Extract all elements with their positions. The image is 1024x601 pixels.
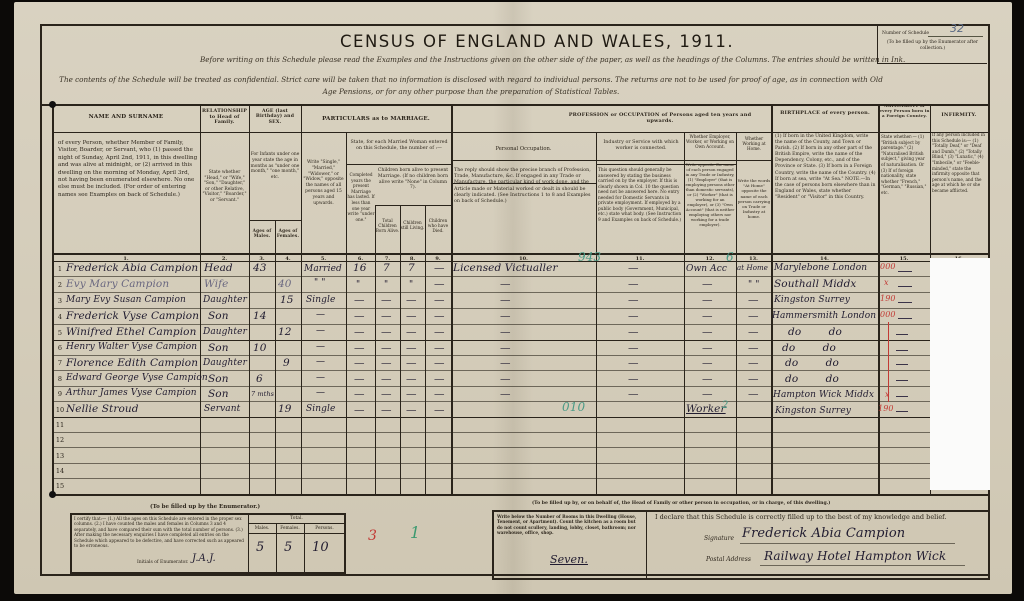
schedule-number-note: (To be filled up by the Enumerator after… [882,40,983,52]
total-label: Total. [248,516,345,522]
binding-hole [49,101,56,108]
enumerator-heading: (To be filled up by the Enumerator.) [150,504,260,510]
header-industry-desc: This question should generally be answer… [598,168,682,223]
total-females: 5 [284,540,292,555]
rooms-count: Seven. [550,553,588,566]
enumerator-certify: I certify that:— (1.) All the ages on th… [74,516,248,548]
header-name-desc: of every Person, whether Member of Famil… [58,140,198,199]
person-name: Florence Edith Campion [66,357,198,369]
occupation-code: 943 [578,250,601,264]
household-heading: (To be filled up by, or on behalf of, th… [532,501,830,507]
header-employer-desc: Write opposite the name of each person e… [685,162,735,227]
enumerator-initials: J.A.J. [192,553,216,564]
header-employer: Whether Employer, Worker, or Working on … [685,134,735,150]
person-name: Winifred Ethel Campion [66,326,196,338]
person-name: Henry Walter Vyse Campion [66,342,197,352]
header-marriage-years: Completed years the present Marriage has… [347,172,375,222]
header-marriage: PARTICULARS as to MARRIAGE. [301,116,451,122]
confidential-notice: The contents of the Schedule will be tre… [56,74,886,98]
declaration: I declare that this Schedule is correctl… [655,514,946,520]
females-label: Females. [276,526,304,532]
header-personal-occupation: Personal Occupation. [451,146,596,152]
header-relationship: RELATIONSHIP to Head of Family. [200,109,249,126]
employer-code: 6 [726,250,734,264]
header-personal-occupation-desc: The reply should show the precise branch… [454,168,594,205]
binding-hole [49,491,56,498]
postal-address-label: Postal Address [706,557,751,563]
header-children-born: Children born alive to present Marriage.… [376,168,450,191]
postal-address: Railway Hotel Hampton Wick [764,549,946,563]
person-name: Arthur James Vyse Campion [66,388,197,398]
enumerator-initials-label: Initials of Enumerator. [137,560,188,566]
header-profession: PROFESSION or OCCUPATION of Persons aged… [560,112,760,125]
tally-green: 1 [410,523,420,542]
males-label: Males. [248,526,276,532]
rooms-instruction: Write below the Number of Rooms in this … [497,514,642,535]
signature-label: Signature [704,536,734,542]
header-nationality-desc: State whether:— (1) "British subject by … [881,134,929,196]
person-name: Evy Mary Campion [66,278,169,290]
person-name: Frederick Abia Campion [66,262,198,274]
header-age-desc: For Infants under one year state the age… [250,152,300,181]
person-name: Edward George Vyse Campion [66,373,208,383]
total-males: 5 [256,540,264,555]
occupation-code: 010 [562,400,585,414]
signature: Frederick Abia Campion [742,526,905,541]
header-infirmity-desc: If any person included in this Schedule … [932,132,987,194]
header-age-females: Ages of Females. [275,228,301,238]
header-birthplace: BIRTHPLACE of every person. [772,110,878,116]
person-name: Mary Evy Susan Campion [66,295,186,305]
header-industry: Industry or Service with which worker is… [598,140,684,152]
person-name: Nellie Stroud [66,403,139,415]
header-at-home: Whether Working at Home. [737,136,771,152]
header-name: NAME AND SURNAME [52,114,200,120]
header-age-males: Ages of Males. [249,228,275,238]
tally-red: 3 [368,528,377,544]
redacted-infirmity-column [930,258,990,490]
header-children-total: Total Children Born Alive. [375,218,400,234]
header-nationality: NATIONALITY of every Person born in a Fo… [879,104,930,118]
header-age: AGE (last Birthday) and SEX. [249,109,301,125]
header-at-home-desc: Write the words "At Home" opposite the n… [737,178,771,220]
header-relationship-desc: State whether "Head," or "Wife," "Son," … [201,170,248,204]
instruction-line: Before writing on this Schedule please r… [200,55,905,64]
schedule-number-box: Number of Schedule 32 (To be filled up b… [877,26,987,64]
header-marriage-write: Write "Single," "Married," "Widower," or… [302,160,345,206]
header-children-died: Children who have Died. [425,218,451,234]
employer-code: 2 [722,400,728,411]
header-birthplace-desc: (1) If born in the United Kingdom, write… [775,134,876,201]
person-name: Frederick Vyse Campion [66,310,199,322]
persons-label: Persons. [304,526,345,532]
header-marriage-state: State, for each Married Woman entered on… [348,140,450,152]
document-title: CENSUS OF ENGLAND AND WALES, 1911. [340,32,734,51]
schedule-number-label: Number of Schedule [882,31,929,36]
schedule-number-value: 32 [950,26,964,32]
total-persons: 10 [312,540,329,555]
header-children-living: Children still Living. [400,220,425,230]
header-infirmity: INFIRMITY. [930,112,988,118]
